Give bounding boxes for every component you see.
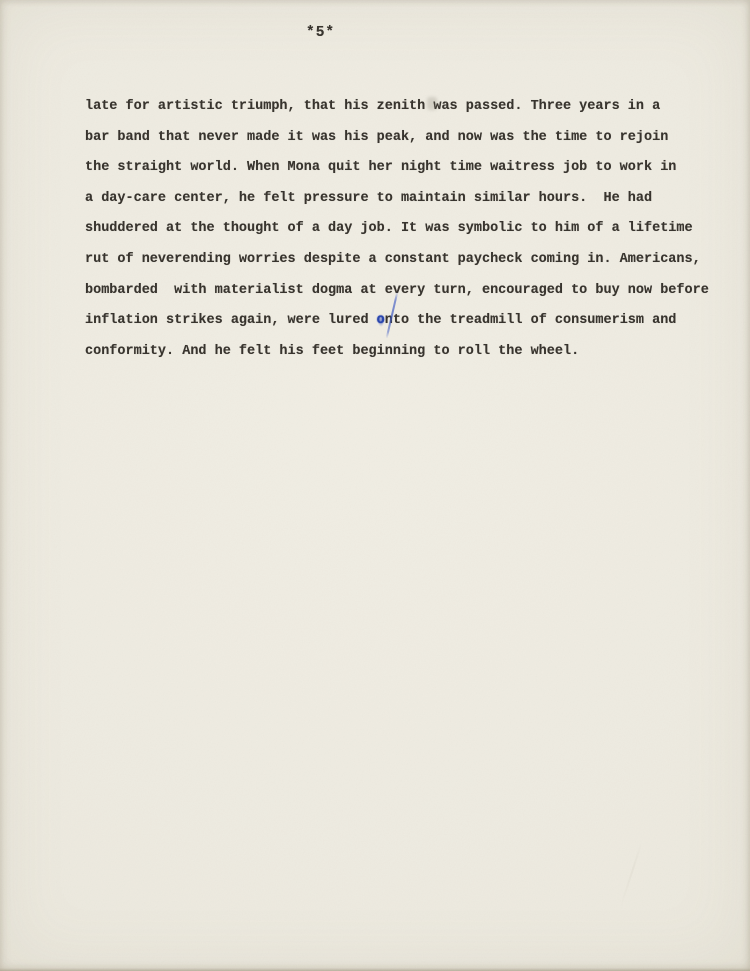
typed-segment-post: nto the treadmill of consumerism and bbox=[385, 313, 677, 328]
page-number: *5* bbox=[306, 25, 335, 41]
typed-line-8-with-correction: inflation strikes again, were lured onto… bbox=[85, 306, 709, 337]
typed-line-4: a day-care center, he felt pressure to m… bbox=[85, 184, 709, 215]
paper-crease bbox=[619, 841, 643, 908]
typed-line-2: bar band that never made it was his peak… bbox=[85, 123, 709, 154]
typed-line-5: shuddered at the thought of a day job. I… bbox=[85, 214, 709, 245]
typed-paragraph: late for artistic triumph, that his zeni… bbox=[85, 92, 709, 367]
typed-line-6: rut of neverending worries despite a con… bbox=[85, 245, 709, 276]
typed-line-7: bombarded with materialist dogma at ever… bbox=[85, 276, 709, 307]
typed-segment-pre: inflation strikes again, were lured bbox=[85, 313, 377, 328]
typewritten-manuscript-page: *5* late for artistic triumph, that his … bbox=[0, 0, 750, 971]
typed-line-1: late for artistic triumph, that his zeni… bbox=[85, 92, 709, 123]
typed-line-9: conformity. And he felt his feet beginni… bbox=[85, 337, 709, 368]
handwritten-correction-letter: o bbox=[377, 313, 385, 328]
typed-line-3: the straight world. When Mona quit her n… bbox=[85, 153, 709, 184]
